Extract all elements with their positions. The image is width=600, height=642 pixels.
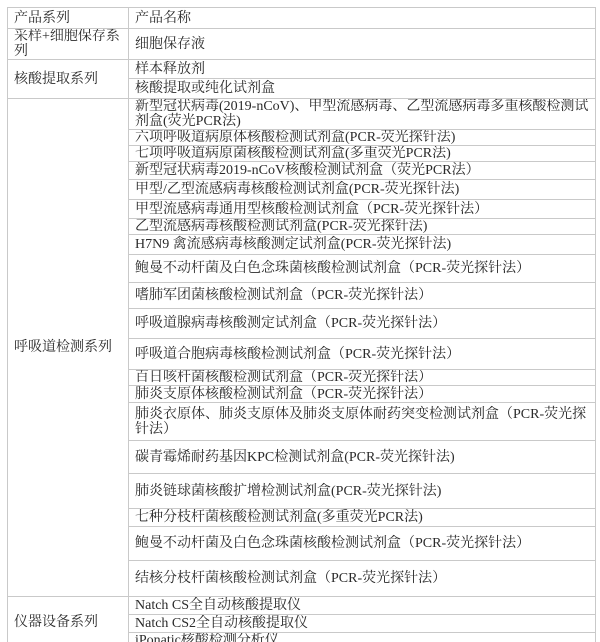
product-name-cell: 甲型流感病毒通用型核酸检测试剂盒（PCR-荧光探针法） <box>129 200 596 219</box>
product-name-cell: 六项呼吸道病原体核酸检测试剂盒(PCR-荧光探针法) <box>129 130 596 146</box>
product-name-cell: Natch CS全自动核酸提取仪 <box>129 597 596 615</box>
product-name-cell: 乙型流感病毒核酸检测试剂盒(PCR-荧光探针法) <box>129 219 596 235</box>
product-name-cell: 肺炎衣原体、肺炎支原体及肺炎支原体耐药突变检测试剂盒（PCR-荧光探针法） <box>129 403 596 441</box>
product-name-cell: 碳青霉烯耐药基因KPC检测试剂盒(PCR-荧光探针法) <box>129 441 596 474</box>
product-name-cell: 鲍曼不动杆菌及白色念珠菌核酸检测试剂盒（PCR-荧光探针法） <box>129 527 596 561</box>
product-name-cell: Natch CS2全自动核酸提取仪 <box>129 615 596 633</box>
product-name-cell: 样本释放剂 <box>129 60 596 79</box>
product-name-cell: 细胞保存液 <box>129 29 596 60</box>
product-row: 呼吸道检测系列新型冠状病毒(2019-nCoV)、甲型流感病毒、乙型流感病毒多重… <box>8 99 596 130</box>
product-name-cell: 肺炎链球菌核酸扩增检测试剂盒(PCR-荧光探针法) <box>129 474 596 509</box>
product-name-cell: 鲍曼不动杆菌及白色念珠菌核酸检测试剂盒（PCR-荧光探针法） <box>129 255 596 283</box>
product-name-cell: 呼吸道合胞病毒核酸检测试剂盒（PCR-荧光探针法） <box>129 339 596 370</box>
series-cell: 仪器设备系列 <box>8 597 129 642</box>
product-name-cell: iPonatic核酸检测分析仪 <box>129 633 596 642</box>
header-cell-series: 产品系列 <box>8 8 129 29</box>
product-name-cell: 核酸提取或纯化试剂盒 <box>129 79 596 99</box>
product-row: 采样+细胞保存系列细胞保存液 <box>8 29 596 60</box>
header-cell-name: 产品名称 <box>129 8 596 29</box>
series-cell: 采样+细胞保存系列 <box>8 29 129 60</box>
series-cell: 核酸提取系列 <box>8 60 129 99</box>
product-table: 产品系列 产品名称 采样+细胞保存系列细胞保存液核酸提取系列样本释放剂核酸提取或… <box>7 7 596 642</box>
product-name-cell: 嗜肺军团菌核酸检测试剂盒（PCR-荧光探针法） <box>129 283 596 309</box>
series-cell: 呼吸道检测系列 <box>8 99 129 597</box>
table-body: 采样+细胞保存系列细胞保存液核酸提取系列样本释放剂核酸提取或纯化试剂盒呼吸道检测… <box>8 29 596 642</box>
product-name-cell: 结核分枝杆菌核酸检测试剂盒（PCR-荧光探针法） <box>129 561 596 597</box>
product-name-cell: 新型冠状病毒(2019-nCoV)、甲型流感病毒、乙型流感病毒多重核酸检测试剂盒… <box>129 99 596 130</box>
product-name-cell: 新型冠状病毒2019-nCoV核酸检测试剂盒（荧光PCR法） <box>129 162 596 180</box>
product-name-cell: H7N9 禽流感病毒核酸测定试剂盒(PCR-荧光探针法) <box>129 235 596 255</box>
table-header-row: 产品系列 产品名称 <box>8 8 596 29</box>
product-name-cell: 百日咳杆菌核酸检测试剂盒（PCR-荧光探针法） <box>129 370 596 386</box>
product-name-cell: 肺炎支原体核酸检测试剂盒（PCR-荧光探针法） <box>129 386 596 403</box>
product-row: 核酸提取系列样本释放剂 <box>8 60 596 79</box>
product-name-cell: 七种分枝杆菌核酸检测试剂盒(多重荧光PCR法) <box>129 509 596 527</box>
product-catalog-page: 产品系列 产品名称 采样+细胞保存系列细胞保存液核酸提取系列样本释放剂核酸提取或… <box>0 0 600 642</box>
product-name-cell: 七项呼吸道病原菌核酸检测试剂盒(多重荧光PCR法) <box>129 146 596 162</box>
product-name-cell: 呼吸道腺病毒核酸测定试剂盒（PCR-荧光探针法） <box>129 309 596 339</box>
product-row: 仪器设备系列Natch CS全自动核酸提取仪 <box>8 597 596 615</box>
product-name-cell: 甲型/乙型流感病毒核酸检测试剂盒(PCR-荧光探针法) <box>129 180 596 200</box>
